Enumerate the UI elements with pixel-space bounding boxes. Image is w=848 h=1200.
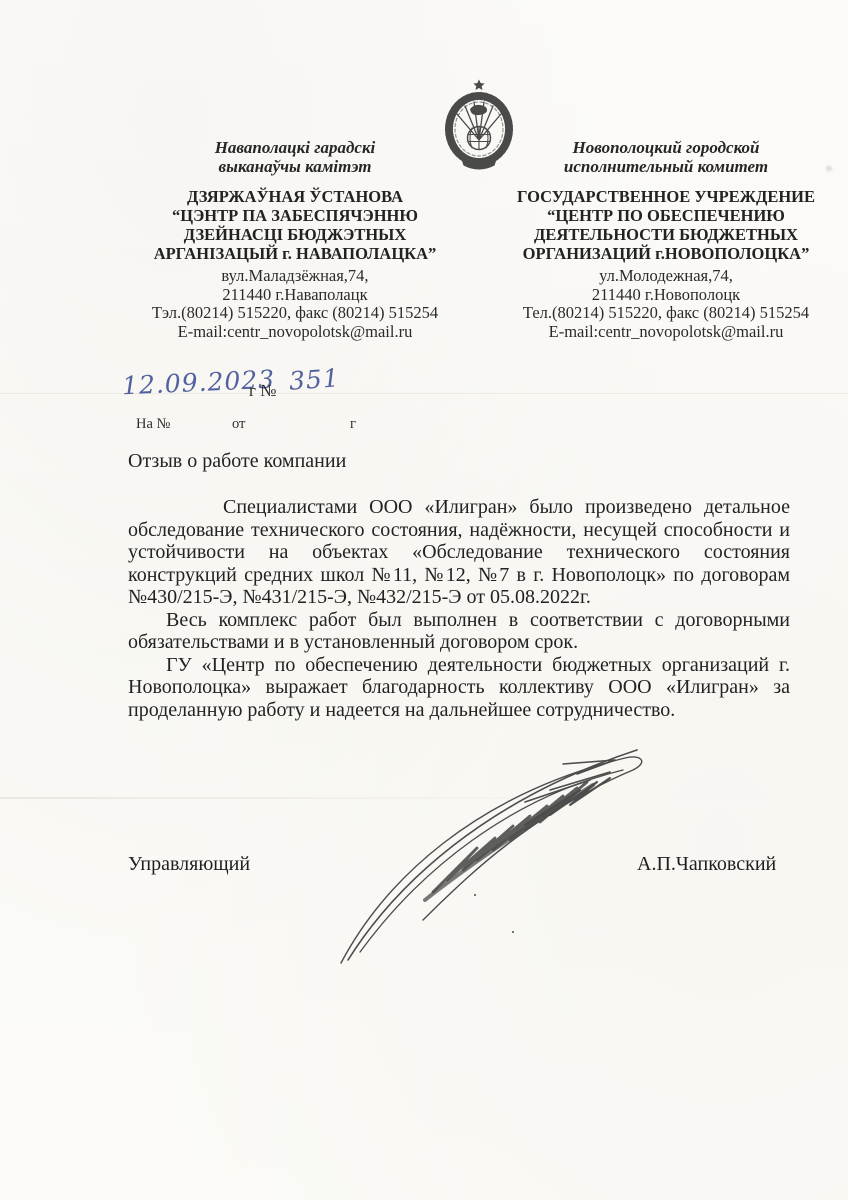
letterhead-right-column: Новополоцкий городской исполнительный ко… [487, 138, 845, 341]
left-org-line-1: ДЗЯРЖАЎНАЯ ЎСТАНОВА [105, 187, 485, 206]
handwritten-outgoing-number: 351 [288, 363, 341, 395]
signer-position: Управляющий [128, 853, 250, 876]
scan-smudge [824, 164, 834, 173]
right-org-line-2: “ЦЕНТР ПО ОБЕСПЕЧЕНИЮ [487, 206, 845, 225]
right-address-email: E-mail:centr_novopolotsk@mail.ru [487, 323, 845, 342]
body-paragraph-1: Специалистами ООО «Илигран» было произве… [128, 496, 790, 609]
reply-from-label: от [232, 416, 245, 433]
right-committee-line-2: исполнительный комитет [487, 157, 845, 176]
right-org-line-4: ОРГАНИЗАЦИЙ г.НОВОПОЛОЦКА” [487, 244, 845, 263]
letter-body: Специалистами ООО «Илигран» было произве… [128, 496, 790, 721]
left-org-line-4: АРГАНІЗАЦЫЙ г. НАВАПОЛАЦКА” [105, 244, 485, 263]
paper-crease-middle [0, 797, 660, 799]
date-number-label: г № [249, 381, 276, 401]
right-committee-line-1: Новополоцкий городской [487, 138, 845, 157]
left-address-email: E-mail:centr_novopolotsk@mail.ru [105, 323, 485, 342]
right-address-city: 211440 г.Новополоцк [487, 286, 845, 305]
right-address-street: ул.Молодежная,74, [487, 267, 845, 286]
handwritten-signature [325, 730, 660, 965]
right-address-phone: Тел.(80214) 515220, факс (80214) 515254 [487, 304, 845, 323]
right-org-line-3: ДЕЯТЕЛЬНОСТИ БЮДЖЕТНЫХ [487, 225, 845, 244]
left-org-line-2: “ЦЭНТР ПА ЗАБЕСПЯЧЭННЮ [105, 206, 485, 225]
right-org-line-1: ГОСУДАРСТВЕННОЕ УЧРЕЖДЕНИЕ [487, 187, 845, 206]
scanned-letter-page: Наваполацкі гарадскі выканаўчы камітэт Д… [0, 0, 848, 1200]
body-paragraph-3: ГУ «Центр по обеспечению деятельности бю… [128, 654, 790, 722]
reply-to-number-label: На № [136, 416, 170, 433]
signer-name: А.П.Чапковский [637, 853, 776, 876]
left-address-city: 211440 г.Наваполацк [105, 286, 485, 305]
left-committee-line-2: выканаўчы камітэт [105, 157, 485, 176]
paper-crease-top [0, 393, 848, 394]
left-address-street: вул.Маладзёжная,74, [105, 267, 485, 286]
letterhead-left-column: Наваполацкі гарадскі выканаўчы камітэт Д… [105, 138, 485, 341]
letter-subject: Отзыв о работе компании [128, 450, 346, 473]
left-address-phone: Тэл.(80214) 515220, факс (80214) 515254 [105, 304, 485, 323]
left-org-line-3: ДЗЕЙНАСЦІ БЮДЖЭТНЫХ [105, 225, 485, 244]
body-paragraph-2: Весь комплекс работ был выполнен в соотв… [128, 609, 790, 654]
reply-year-label: г [350, 416, 356, 433]
left-committee-line-1: Наваполацкі гарадскі [105, 138, 485, 157]
